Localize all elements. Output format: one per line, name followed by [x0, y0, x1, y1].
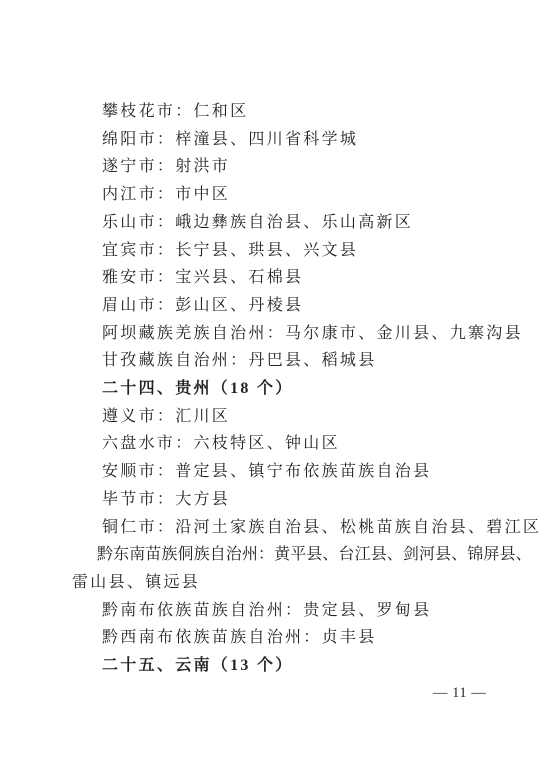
section-heading: 二十四、贵州（18 个） — [72, 375, 514, 403]
text-line: 雷山县、镇远县 — [72, 569, 514, 597]
text-line: 遂宁市：射洪市 — [72, 153, 514, 181]
text-line: 黔东南苗族侗族自治州：黄平县、台江县、剑河县、锦屏县、 — [72, 541, 514, 569]
text-line: 攀枝花市：仁和区 — [72, 98, 514, 126]
text-line: 雅安市：宝兴县、石棉县 — [72, 264, 514, 292]
text-line: 眉山市：彭山区、丹棱县 — [72, 292, 514, 320]
text-line: 安顺市：普定县、镇宁布依族苗族自治县 — [72, 458, 514, 486]
text-line: 乐山市：峨边彝族自治县、乐山高新区 — [72, 209, 514, 237]
text-line: 黔西南布依族苗族自治州：贞丰县 — [72, 624, 514, 652]
text-line: 阿坝藏族羌族自治州：马尔康市、金川县、九寨沟县 — [72, 320, 514, 348]
text-line: 毕节市：大方县 — [72, 486, 514, 514]
section-heading: 二十五、云南（13 个） — [72, 652, 514, 680]
text-line: 遵义市：汇川区 — [72, 403, 514, 431]
text-line: 绵阳市：梓潼县、四川省科学城 — [72, 126, 514, 154]
page-number: — 11 — — [433, 685, 486, 702]
document-body: 攀枝花市：仁和区绵阳市：梓潼县、四川省科学城遂宁市：射洪市内江市：市中区乐山市：… — [72, 98, 514, 680]
text-line: 甘孜藏族自治州：丹巴县、稻城县 — [72, 347, 514, 375]
text-line: 内江市：市中区 — [72, 181, 514, 209]
text-line: 宜宾市：长宁县、珙县、兴文县 — [72, 237, 514, 265]
text-line: 六盘水市：六枝特区、钟山区 — [72, 430, 514, 458]
document-page: 攀枝花市：仁和区绵阳市：梓潼县、四川省科学城遂宁市：射洪市内江市：市中区乐山市：… — [0, 0, 550, 778]
text-line: 铜仁市：沿河土家族自治县、松桃苗族自治县、碧江区 — [72, 514, 514, 542]
text-line: 黔南布依族苗族自治州：贵定县、罗甸县 — [72, 597, 514, 625]
